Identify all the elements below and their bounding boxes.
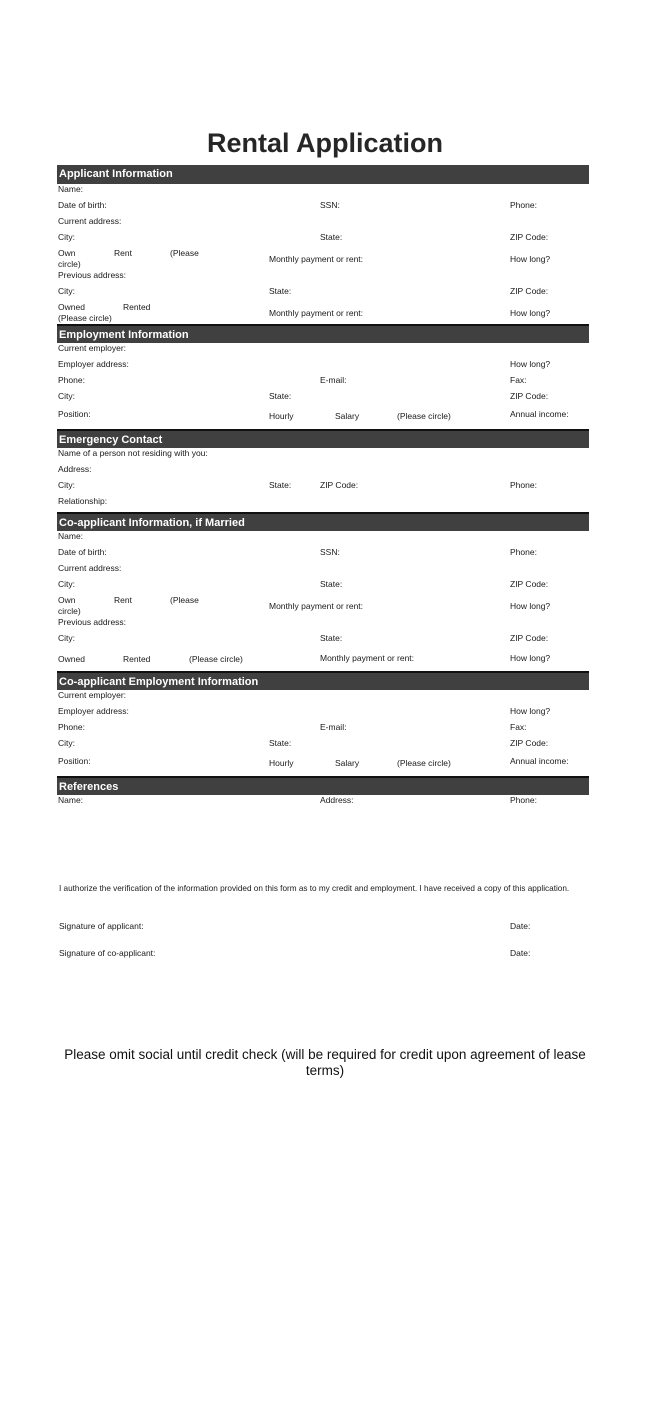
co-circle-label: circle)	[58, 606, 81, 616]
co-position-label: Position:	[58, 756, 91, 767]
section-header-emergency: Emergency Contact	[57, 429, 589, 448]
section-header-employment: Employment Information	[57, 324, 589, 343]
co-hourly-option[interactable]: Hourly	[269, 758, 294, 769]
row-emergency-name: Name of a person not residing with you:	[57, 448, 589, 464]
row-current-employer: Current employer:	[57, 343, 589, 359]
section-header-references: References	[57, 776, 589, 795]
please-circle-label: (Please	[170, 248, 199, 259]
section-header-applicant: Applicant Information	[57, 165, 589, 184]
row-emergency-city: City: State: ZIP Code: Phone:	[57, 480, 589, 496]
row-co-city: City: State: ZIP Code:	[57, 579, 589, 595]
row-position: Position: Hourly Salary (Please circle) …	[57, 407, 589, 429]
row-co-position: Position: Hourly Salary (Please circle) …	[57, 754, 589, 776]
city-label: City:	[58, 232, 75, 243]
row-previous-address: Previous address:	[57, 270, 589, 286]
row-co-own-rent: Owncircle) Rent (Please Monthly payment …	[57, 595, 589, 617]
row-co-emp-phone: Phone: E-mail: Fax:	[57, 722, 589, 738]
monthly-payment-label: Monthly payment or rent:	[269, 254, 363, 265]
employer-address-label: Employer address:	[58, 359, 129, 370]
current-employer-label: Current employer:	[58, 343, 126, 354]
prev-circle-label: (Please circle)	[58, 313, 112, 323]
emergency-state-label: State:	[269, 480, 291, 491]
owned-label: Owned	[58, 302, 85, 312]
row-emergency-address: Address:	[57, 464, 589, 480]
co-prev-city-label: City:	[58, 633, 75, 644]
emp-state-label: State:	[269, 391, 291, 402]
co-emp-city-label: City:	[58, 738, 75, 749]
date-applicant-label: Date:	[510, 921, 530, 931]
own-label: Own	[58, 248, 75, 258]
ref-address-label: Address:	[320, 795, 354, 806]
row-name: Name:	[57, 184, 589, 200]
emp-fax-label: Fax:	[510, 375, 527, 386]
row-emp-city: City: State: ZIP Code:	[57, 391, 589, 407]
salary-option[interactable]: Salary	[335, 411, 359, 422]
owned-option[interactable]: Owned(Please circle)	[58, 302, 112, 324]
emergency-name-label: Name of a person not residing with you:	[58, 448, 208, 459]
co-monthly-payment-label: Monthly payment or rent:	[269, 601, 363, 612]
annual-income-label: Annual income:	[510, 409, 569, 420]
co-emp-fax-label: Fax:	[510, 722, 527, 733]
row-reference: Name: Address: Phone:	[57, 795, 589, 811]
own-option[interactable]: Owncircle)	[58, 248, 81, 270]
row-co-employer-address: Employer address: How long?	[57, 706, 589, 722]
circle-label: circle)	[58, 259, 81, 269]
previous-address-label: Previous address:	[58, 270, 126, 281]
emergency-zip-label: ZIP Code:	[320, 480, 358, 491]
co-how-long-label: How long?	[510, 601, 550, 612]
prev-city-label: City:	[58, 286, 75, 297]
ref-name-label: Name:	[58, 795, 83, 806]
co-emp-please-circle-label: (Please circle)	[397, 758, 451, 769]
co-emp-phone-label: Phone:	[58, 722, 85, 733]
co-current-address-label: Current address:	[58, 563, 121, 574]
co-rent-option[interactable]: Rent	[114, 595, 132, 606]
emp-email-label: E-mail:	[320, 375, 346, 386]
emergency-phone-label: Phone:	[510, 480, 537, 491]
authorization-statement: I authorize the verification of the info…	[59, 884, 569, 893]
emp-zip-label: ZIP Code:	[510, 391, 548, 402]
co-owned-option[interactable]: Owned	[58, 654, 85, 665]
section-header-coemployment: Co-applicant Employment Information	[57, 671, 589, 690]
prev-state-label: State:	[269, 286, 291, 297]
emergency-address-label: Address:	[58, 464, 92, 475]
phone-label: Phone:	[510, 200, 537, 211]
row-co-owned-rented: Owned Rented (Please circle) Monthly pay…	[57, 649, 589, 671]
co-own-option[interactable]: Owncircle)	[58, 595, 81, 617]
prev-how-long-label: How long?	[510, 308, 550, 319]
row-dob: Date of birth: SSN: Phone:	[57, 200, 589, 216]
co-previous-address-label: Previous address:	[58, 617, 126, 628]
co-emp-email-label: E-mail:	[320, 722, 346, 733]
co-prev-state-label: State:	[320, 633, 342, 644]
date-coapplicant-label: Date:	[510, 948, 530, 958]
application-form: Applicant Information Name: Date of birt…	[57, 165, 589, 811]
row-city: City: State: ZIP Code:	[57, 232, 589, 248]
co-rented-option[interactable]: Rented	[123, 654, 150, 665]
co-salary-option[interactable]: Salary	[335, 758, 359, 769]
row-co-current-address: Current address:	[57, 563, 589, 579]
row-owned-rented: Owned(Please circle) Rented Monthly paym…	[57, 302, 589, 324]
co-dob-label: Date of birth:	[58, 547, 107, 558]
how-long-label: How long?	[510, 254, 550, 265]
row-prev-city: City: State: ZIP Code:	[57, 286, 589, 302]
co-phone-label: Phone:	[510, 547, 537, 558]
section-header-coapplicant: Co-applicant Information, if Married	[57, 512, 589, 531]
row-co-prev-city: City: State: ZIP Code:	[57, 633, 589, 649]
co-emp-how-long-label: How long?	[510, 706, 550, 717]
co-zip-label: ZIP Code:	[510, 579, 548, 590]
co-prev-monthly-label: Monthly payment or rent:	[320, 653, 414, 664]
ref-phone-label: Phone:	[510, 795, 537, 806]
co-ssn-label: SSN:	[320, 547, 340, 558]
row-co-previous-address: Previous address:	[57, 617, 589, 633]
emp-phone-label: Phone:	[58, 375, 85, 386]
co-emp-zip-label: ZIP Code:	[510, 738, 548, 749]
ssn-label: SSN:	[320, 200, 340, 211]
dob-label: Date of birth:	[58, 200, 107, 211]
state-label: State:	[320, 232, 342, 243]
co-name-label: Name:	[58, 531, 83, 542]
hourly-option[interactable]: Hourly	[269, 411, 294, 422]
row-current-address: Current address:	[57, 216, 589, 232]
current-address-label: Current address:	[58, 216, 121, 227]
row-employer-address: Employer address: How long?	[57, 359, 589, 375]
co-please-circle-label: (Please	[170, 595, 199, 606]
position-label: Position:	[58, 409, 91, 420]
signature-applicant-label: Signature of applicant:	[59, 921, 144, 931]
co-city-label: City:	[58, 579, 75, 590]
co-own-label: Own	[58, 595, 75, 605]
rent-option[interactable]: Rent	[114, 248, 132, 259]
zip-label: ZIP Code:	[510, 232, 548, 243]
ssn-note: Please omit social until credit check (w…	[50, 1047, 600, 1079]
emp-city-label: City:	[58, 391, 75, 402]
row-relationship: Relationship:	[57, 496, 589, 512]
rented-option[interactable]: Rented	[123, 302, 150, 313]
row-co-dob: Date of birth: SSN: Phone:	[57, 547, 589, 563]
row-emp-phone: Phone: E-mail: Fax:	[57, 375, 589, 391]
emp-how-long-label: How long?	[510, 359, 550, 370]
co-prev-zip-label: ZIP Code:	[510, 633, 548, 644]
prev-monthly-label: Monthly payment or rent:	[269, 308, 363, 319]
co-prev-how-long-label: How long?	[510, 653, 550, 664]
co-prev-please-circle-label: (Please circle)	[189, 654, 243, 665]
co-emp-state-label: State:	[269, 738, 291, 749]
co-employer-address-label: Employer address:	[58, 706, 129, 717]
signature-coapplicant-label: Signature of co-applicant:	[59, 948, 155, 958]
name-label: Name:	[58, 184, 83, 195]
prev-zip-label: ZIP Code:	[510, 286, 548, 297]
co-current-employer-label: Current employer:	[58, 690, 126, 701]
row-co-name: Name:	[57, 531, 589, 547]
co-state-label: State:	[320, 579, 342, 590]
emp-please-circle-label: (Please circle)	[397, 411, 451, 422]
row-own-rent: Owncircle) Rent (Please Monthly payment …	[57, 248, 589, 270]
page-title: Rental Application	[0, 128, 650, 159]
co-annual-income-label: Annual income:	[510, 756, 569, 767]
row-co-emp-city: City: State: ZIP Code:	[57, 738, 589, 754]
row-co-current-employer: Current employer:	[57, 690, 589, 706]
emergency-city-label: City:	[58, 480, 75, 491]
relationship-label: Relationship:	[58, 496, 107, 507]
